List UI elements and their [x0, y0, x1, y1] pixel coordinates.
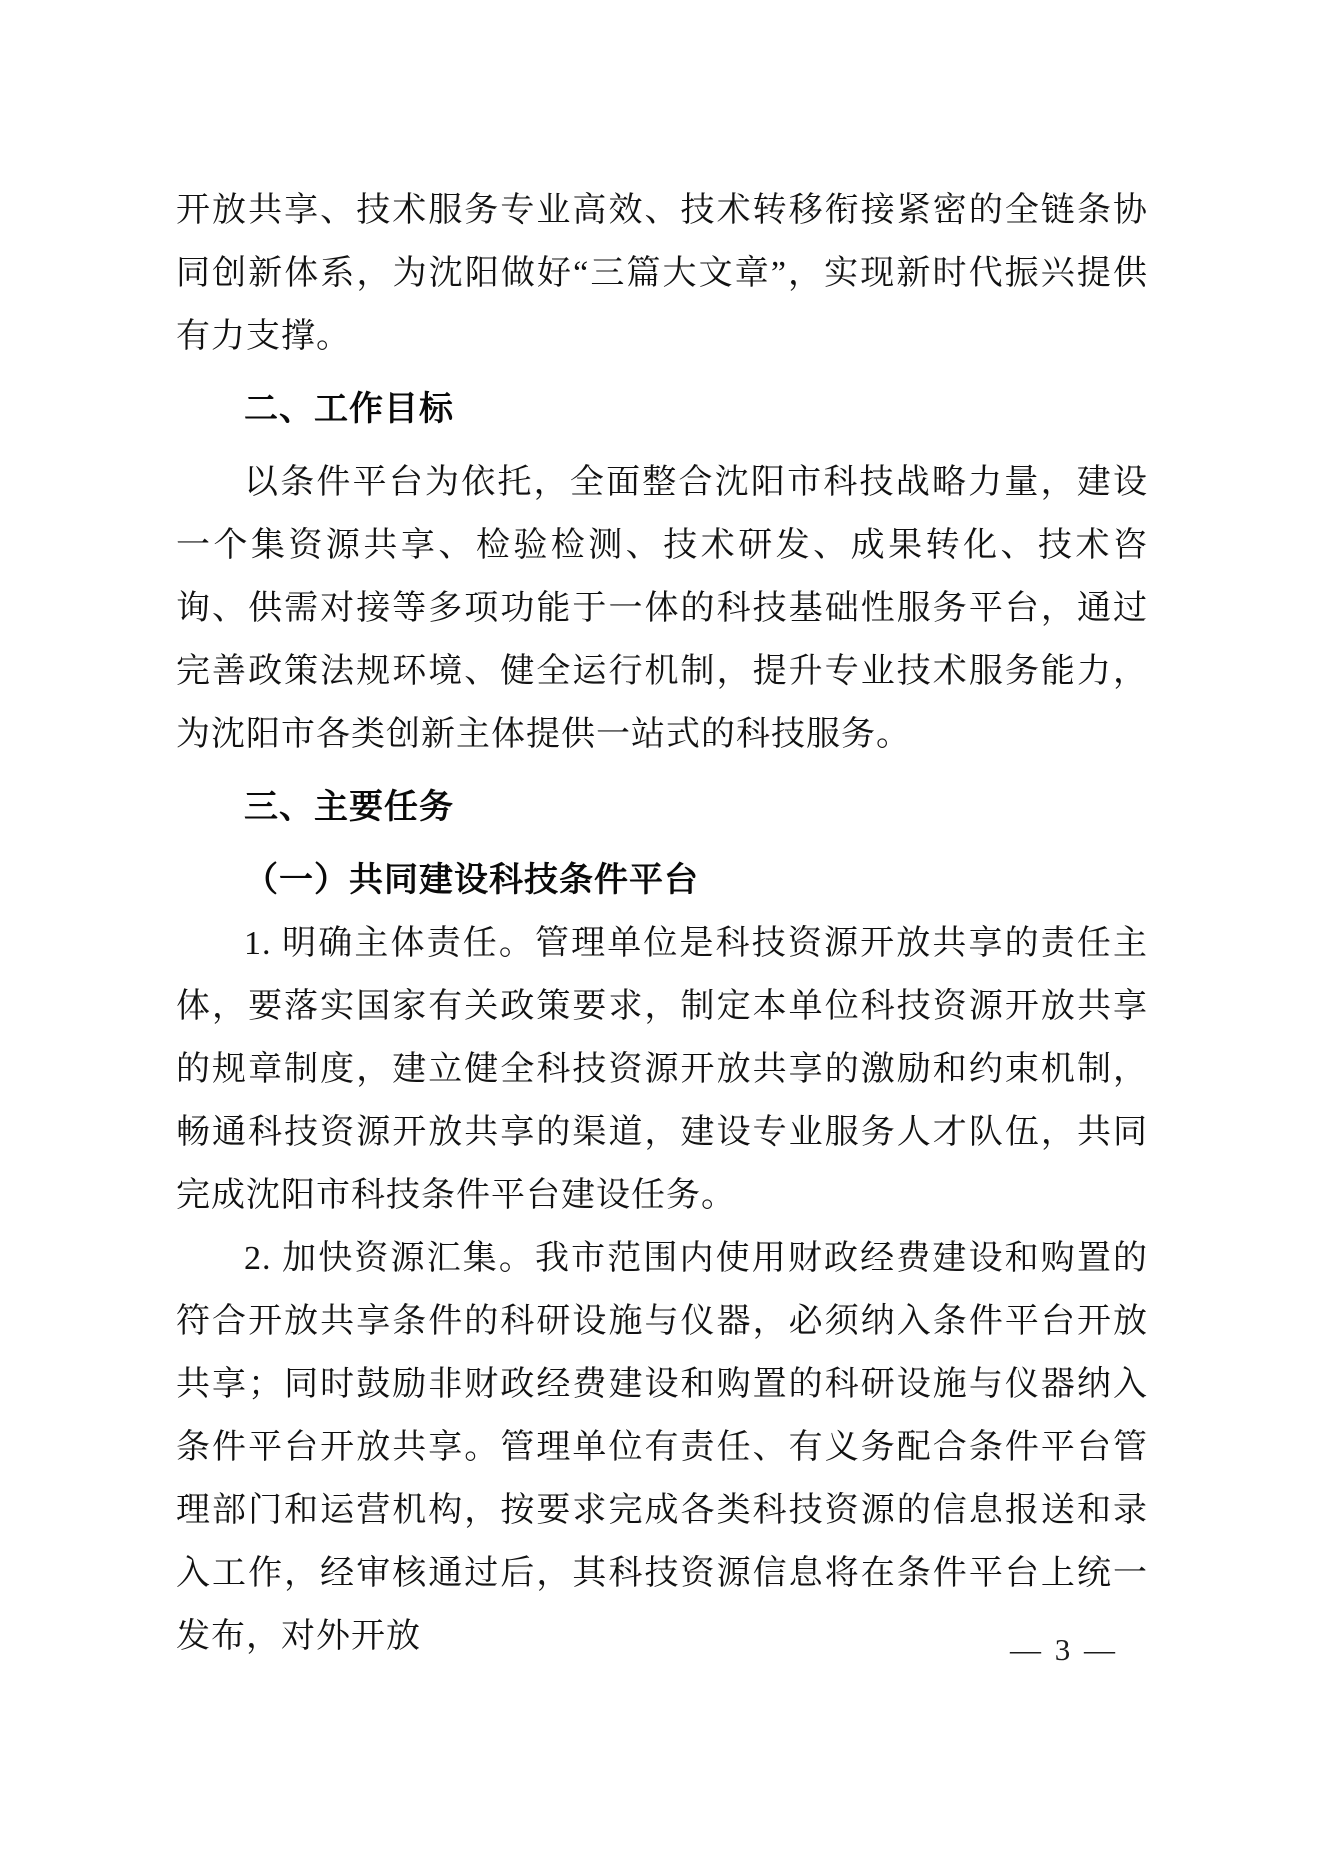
section-heading-work-goals: 二、工作目标: [176, 378, 1148, 441]
paragraph-task-1: 1. 明确主体责任。管理单位是科技资源开放共享的责任主体，要落实国家有关政策要求…: [176, 912, 1148, 1227]
paragraph-task-2: 2. 加快资源汇集。我市范围内使用财政经费建设和购置的符合开放共享条件的科研设施…: [176, 1227, 1148, 1668]
page-number: — 3 —: [1010, 1632, 1118, 1668]
document-page: 开放共享、技术服务专业高效、技术转移衔接紧密的全链条协同创新体系，为沈阳做好“三…: [0, 0, 1323, 1871]
paragraph-work-goals: 以条件平台为依托，全面整合沈阳市科技战略力量，建设一个集资源共享、检验检测、技术…: [176, 451, 1148, 766]
document-body: 开放共享、技术服务专业高效、技术转移衔接紧密的全链条协同创新体系，为沈阳做好“三…: [176, 179, 1148, 1668]
section-heading-main-tasks: 三、主要任务: [176, 776, 1148, 839]
subsection-heading-platform-building: （一）共同建设科技条件平台: [176, 849, 1148, 912]
paragraph-continuation: 开放共享、技术服务专业高效、技术转移衔接紧密的全链条协同创新体系，为沈阳做好“三…: [176, 179, 1148, 368]
